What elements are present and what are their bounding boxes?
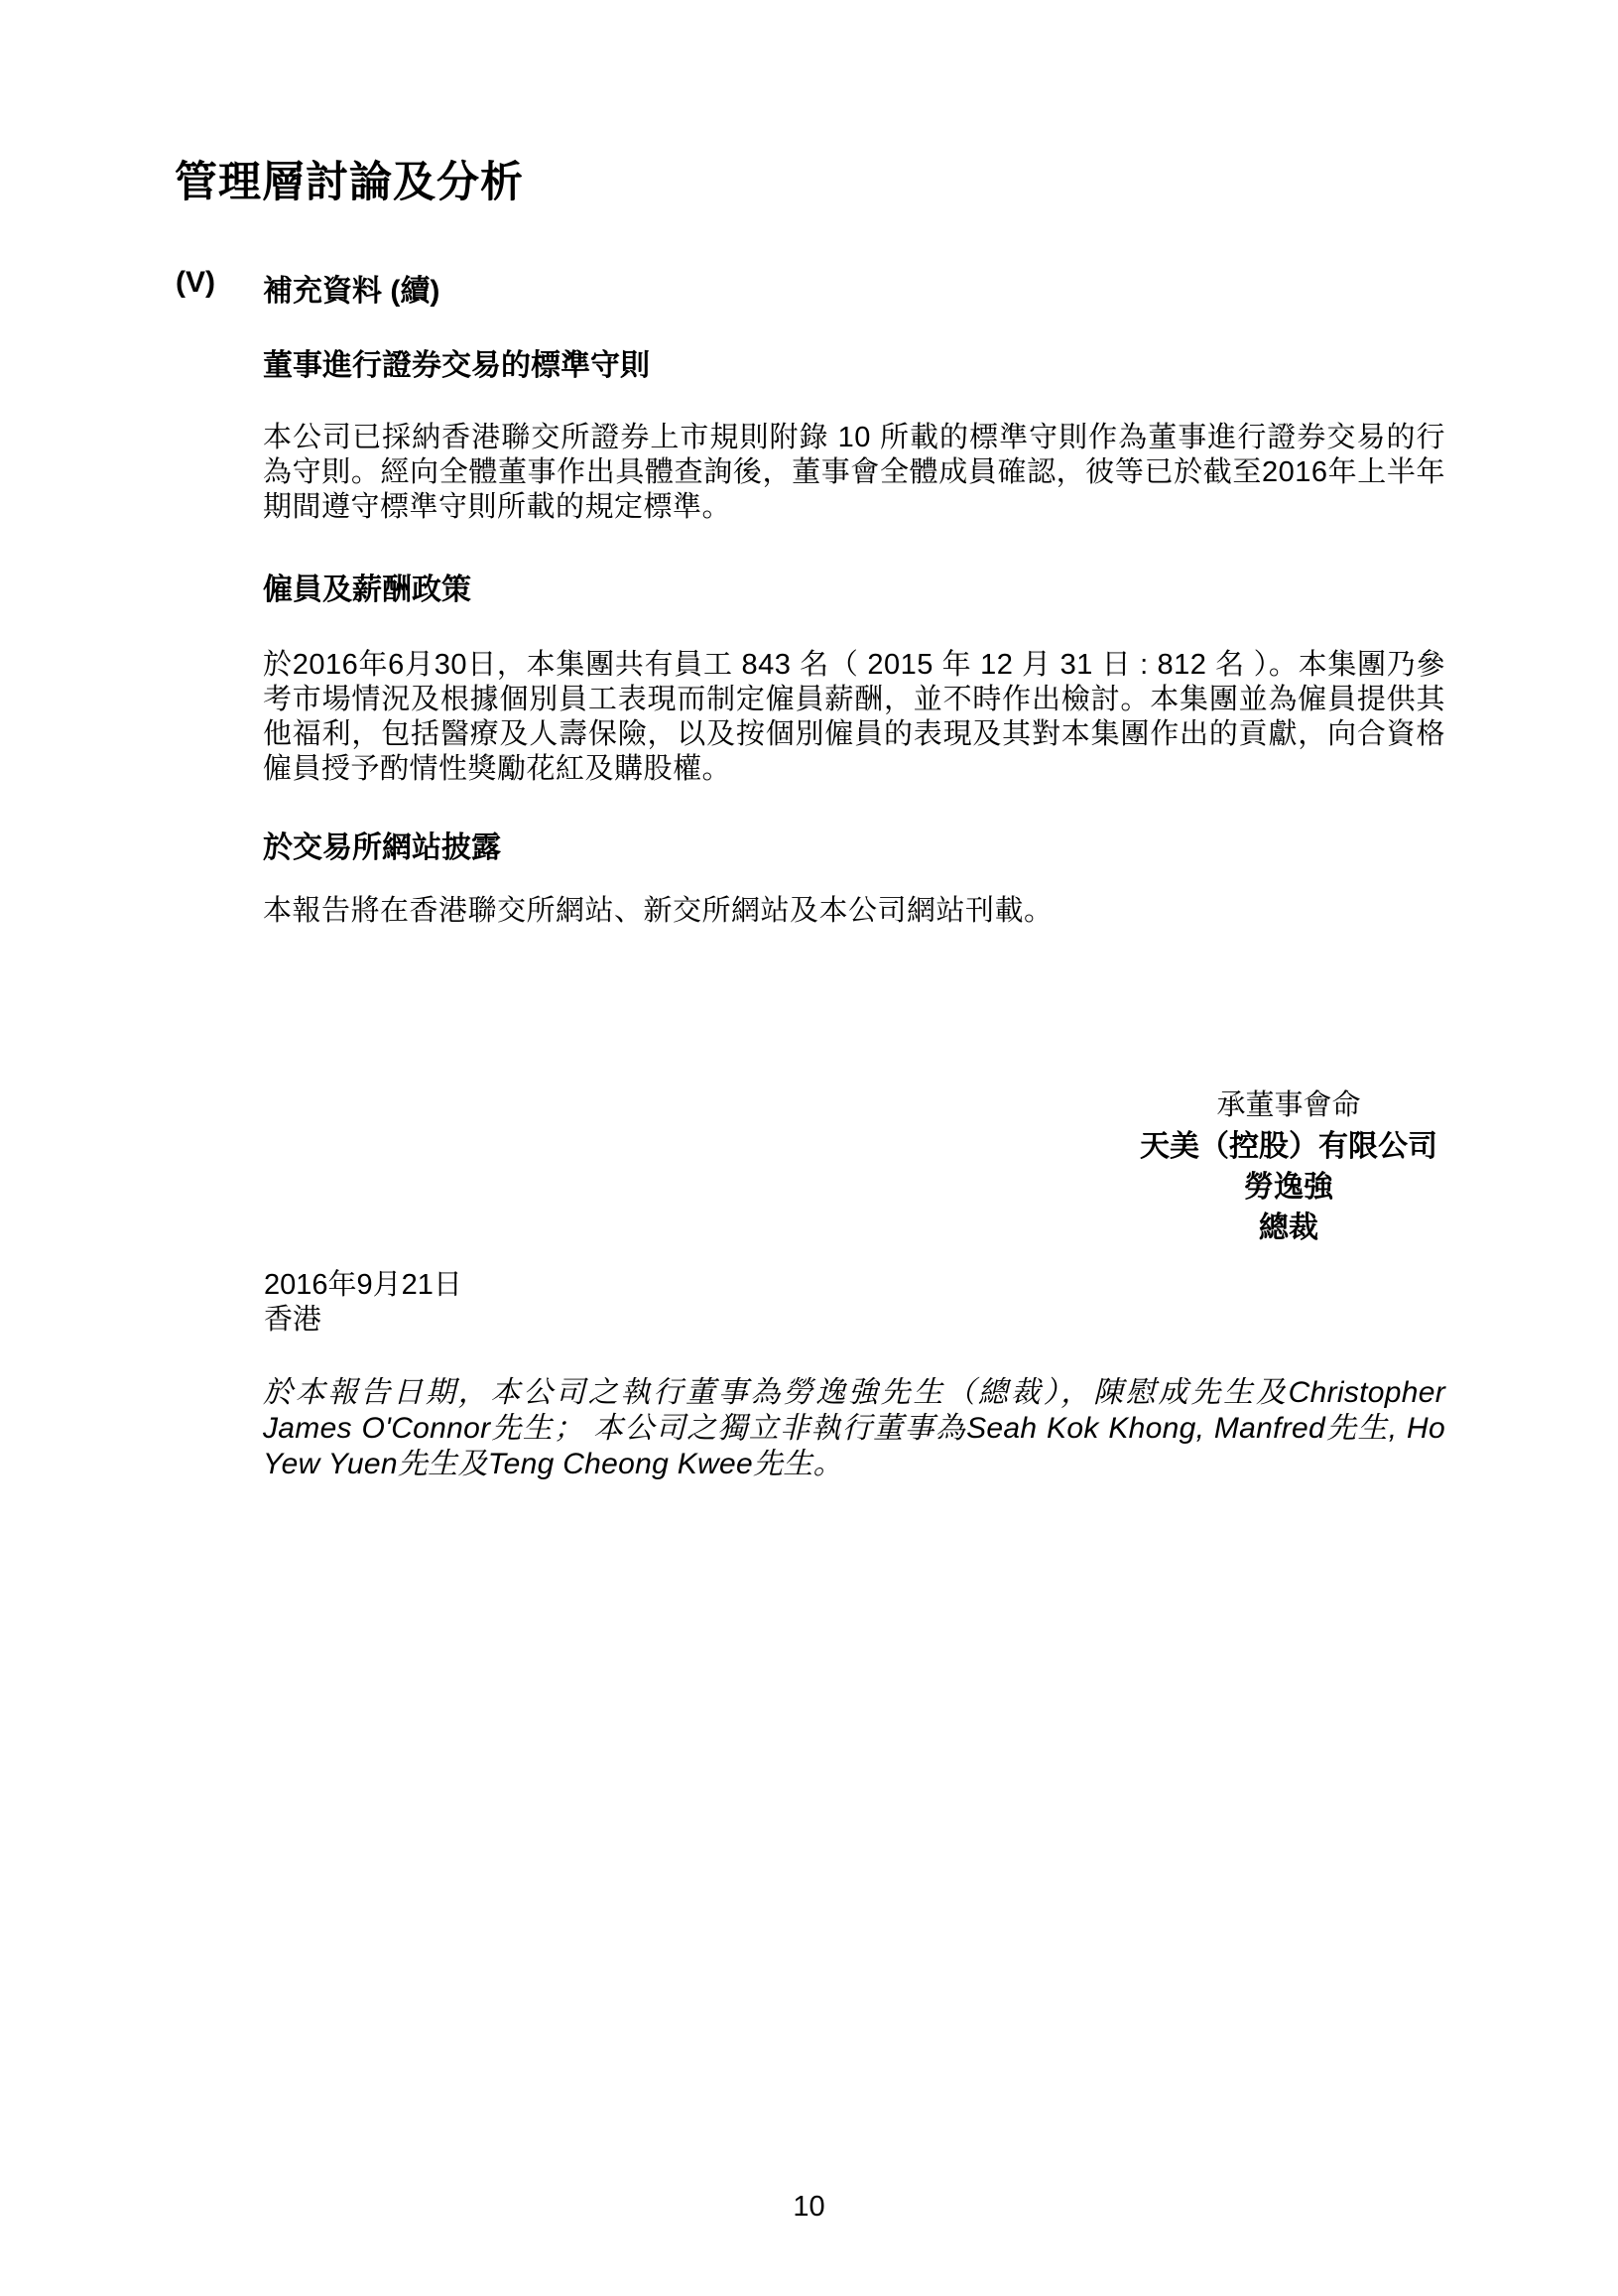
section-index: (V) — [176, 266, 215, 300]
signature-name: 勞逸強 — [1140, 1167, 1437, 1208]
signature-role: 總裁 — [1140, 1208, 1437, 1248]
paragraph-model-code: 本公司已採納香港聯交所證券上市規則附錄 10 所載的標準守則作為董事進行證券交易… — [263, 421, 1445, 525]
signature-by-order: 承董事會命 — [1140, 1085, 1437, 1126]
subsection-heading-employees: 僱員及薪酬政策 — [263, 565, 471, 608]
dateline: 2016年9月21日 香港 — [264, 1268, 462, 1338]
subsection-heading-model-code: 董事進行證券交易的標準守則 — [263, 340, 650, 384]
signature-company: 天美（控股）有限公司 — [1140, 1126, 1437, 1167]
signature-block: 承董事會命 天美（控股）有限公司 勞逸強 總裁 — [1140, 1085, 1437, 1248]
page-title: 管理層討論及分析 — [175, 149, 524, 209]
paragraph-employees: 於2016年6月30日，本集團共有員工 843 名（ 2015 年 12 月 3… — [263, 648, 1445, 787]
paragraph-disclosure: 本報告將在香港聯交所網站、新交所網站及本公司網站刊載。 — [263, 894, 1445, 929]
section-heading: 補充資料 (續) — [263, 266, 439, 310]
closing-note: 於本報告日期，本公司之執行董事為勞逸強先生（總裁），陳慰成先生及Christop… — [263, 1375, 1445, 1482]
subsection-heading-disclosure: 於交易所網站披露 — [263, 823, 501, 866]
dateline-date: 2016年9月21日 — [264, 1268, 462, 1303]
dateline-place: 香港 — [264, 1303, 462, 1338]
document-page: 管理層討論及分析 (V) 補充資料 (續) 董事進行證券交易的標準守則 本公司已… — [0, 0, 1618, 2296]
page-number: 10 — [0, 2191, 1618, 2224]
